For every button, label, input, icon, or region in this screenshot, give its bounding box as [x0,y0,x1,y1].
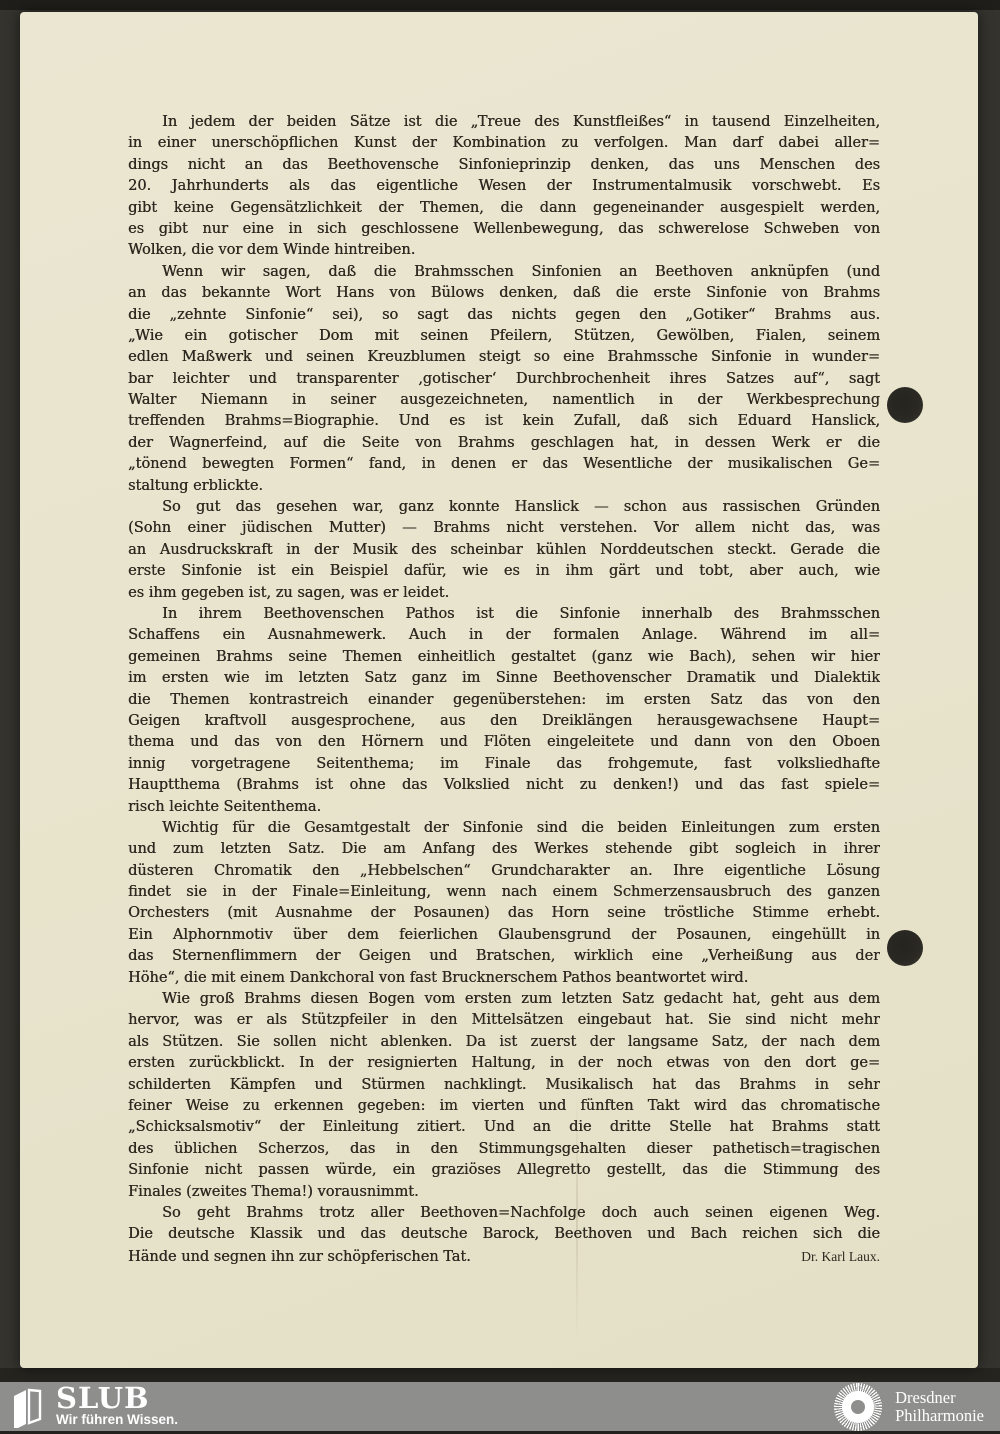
slub-title: SLUB [56,1385,178,1412]
text-line: 20. Jahrhunderts als das eigentliche Wes… [128,176,880,197]
text-line: (Sohn einer jüdischen Mutter) — Brahms n… [128,518,880,539]
text-line: und zum letzten Satz. Die am Anfang des … [128,839,880,860]
text-line: in einer unerschöpflichen Kunst der Komb… [128,133,880,154]
text-line: Sinfonie nicht passen würde, ein graziös… [128,1160,880,1181]
text-line: an das bekannte Wort Hans von Bülows den… [128,283,880,304]
text-line: bar leichter und transparenter ‚gotische… [128,369,880,390]
text-line: Wie groß Brahms diesen Bogen vom ersten … [128,989,880,1010]
text-line: Ein Alphornmotiv über dem feierlichen Gl… [128,925,880,946]
text-block: In jedem der beiden Sätze ist die „Treue… [128,112,880,1267]
paragraph: In ihrem Beethovenschen Pathos ist die S… [128,604,880,818]
dresdner-philharmonie-logo: Dresdner Philharmonie [834,1383,1000,1431]
paragraph: In jedem der beiden Sätze ist die „Treue… [128,112,880,262]
punch-hole [887,930,923,966]
slub-tagline: Wir führen Wissen. [56,1412,178,1428]
text-line: hervor, was er als Stützpfeiler in den M… [128,1010,880,1031]
text-line: findet sie in der Finale=Einleitung, wen… [128,882,880,903]
text-line: So gut das gesehen war, ganz konnte Hans… [128,497,880,518]
slub-logo: SLUB Wir führen Wissen. [0,1385,178,1428]
text-line: „Schicksalsmotiv“ der Einleitung zitiert… [128,1117,880,1138]
text-line: die „zehnte Sinfonie“ sei), so sagt das … [128,305,880,326]
text-line: In jedem der beiden Sätze ist die „Treue… [128,112,880,133]
text-line: „Wie ein gotischer Dom mit seinen Pfeile… [128,326,880,347]
library-branding-bar: SLUB Wir führen Wissen. Dresdner Philhar… [0,1382,1000,1434]
text-line: risch leichte Seitenthema. [128,797,880,818]
scan-background-top [0,0,1000,10]
scanned-page: In jedem der beiden Sätze ist die „Treue… [20,12,978,1368]
paragraph: So geht Brahms trotz aller Beethoven=Nac… [128,1203,880,1267]
author-signature: Dr. Karl Laux. [801,1246,880,1267]
partner-name-line1: Dresdner [895,1389,984,1407]
text-line: Die deutsche Klassik und das deutsche Ba… [128,1224,880,1245]
text-line: düsteren Chromatik den „Hebbelschen“ Gru… [128,861,880,882]
text-line: es ihm gegeben ist, zu sagen, was er lei… [128,583,880,604]
text-line: des üblichen Scherzos, das in den Stimmu… [128,1139,880,1160]
text-line: Schaffens ein Ausnahmewerk. Auch in der … [128,625,880,646]
text-line: Walter Niemann in seiner ausgezeichneten… [128,390,880,411]
text-line: In ihrem Beethovenschen Pathos ist die S… [128,604,880,625]
paragraph: Wie groß Brahms diesen Bogen vom ersten … [128,989,880,1203]
text-line: ersten zurückblickt. In der resignierten… [128,1053,880,1074]
partner-name-line2: Philharmonie [895,1407,984,1425]
text-line: So geht Brahms trotz aller Beethoven=Nac… [128,1203,880,1224]
text-line: Hände und segnen ihn zur schöpferischen … [128,1246,880,1267]
text-line: die Themen kontrastreich einander gegenü… [128,690,880,711]
open-book-icon [12,1388,42,1428]
text-line: gemeinen Brahms seine Themen einheitlich… [128,647,880,668]
text-line: staltung erblickte. [128,476,880,497]
text-line: Geigen kraftvoll ausgesprochene, aus den… [128,711,880,732]
text-line: Wenn wir sagen, daß die Brahmsschen Sinf… [128,262,880,283]
text-line: Höhe“, die mit einem Dankchoral von fast… [128,968,880,989]
text-line: innig vorgetragene Seitenthema; im Final… [128,754,880,775]
text-line-content: Hände und segnen ihn zur schöpferischen … [128,1247,471,1267]
text-line: Wolken, die vor dem Winde hintreiben. [128,240,880,261]
paragraph: So gut das gesehen war, ganz konnte Hans… [128,497,880,604]
text-line: Orchesters (mit Ausnahme der Posaunen) d… [128,903,880,924]
text-line: feiner Weise zu erkennen gegeben: im vie… [128,1096,880,1117]
text-line: dings nicht an das Beethovensche Sinfoni… [128,155,880,176]
digitized-page-view: { "colors": { "background": "#34332e", "… [0,0,1000,1434]
paper-crease [576,1092,578,1342]
text-line: das Sternenflimmern der Geigen und Brats… [128,946,880,967]
sunburst-icon [834,1383,882,1431]
text-line: treffenden Brahms=Biographie. Und es ist… [128,411,880,432]
scan-background-bottom [0,1368,1000,1382]
text-line: Finales (zweites Thema!) vorausnimmt. [128,1182,880,1203]
paragraph: Wenn wir sagen, daß die Brahmsschen Sinf… [128,262,880,497]
text-line: erste Sinfonie ist ein Beispiel dafür, w… [128,561,880,582]
punch-hole [887,387,923,423]
text-line: an Ausdruckskraft in der Musik des schei… [128,540,880,561]
text-line: Hauptthema (Brahms ist ohne das Volkslie… [128,775,880,796]
paragraph: Wichtig für die Gesamtgestalt der Sinfon… [128,818,880,989]
text-line: thema und das von den Hörnern und Flöten… [128,732,880,753]
text-line: Wichtig für die Gesamtgestalt der Sinfon… [128,818,880,839]
text-line: edlen Maßwerk und seinen Kreuzblumen ste… [128,347,880,368]
text-line: der Wagnerfeind, auf die Seite von Brahm… [128,433,880,454]
text-line: es gibt nur eine in sich geschlossene We… [128,219,880,240]
text-line: als Stützen. Sie sollen nicht ablenken. … [128,1032,880,1053]
text-line: im ersten wie im letzten Satz ganz im Si… [128,668,880,689]
text-line: gibt keine Gegensätzlichkeit der Themen,… [128,198,880,219]
text-line: „tönend bewegten Formen“ fand, in denen … [128,454,880,475]
text-line: schilderten Kämpfen und Stürmen nachklin… [128,1075,880,1096]
